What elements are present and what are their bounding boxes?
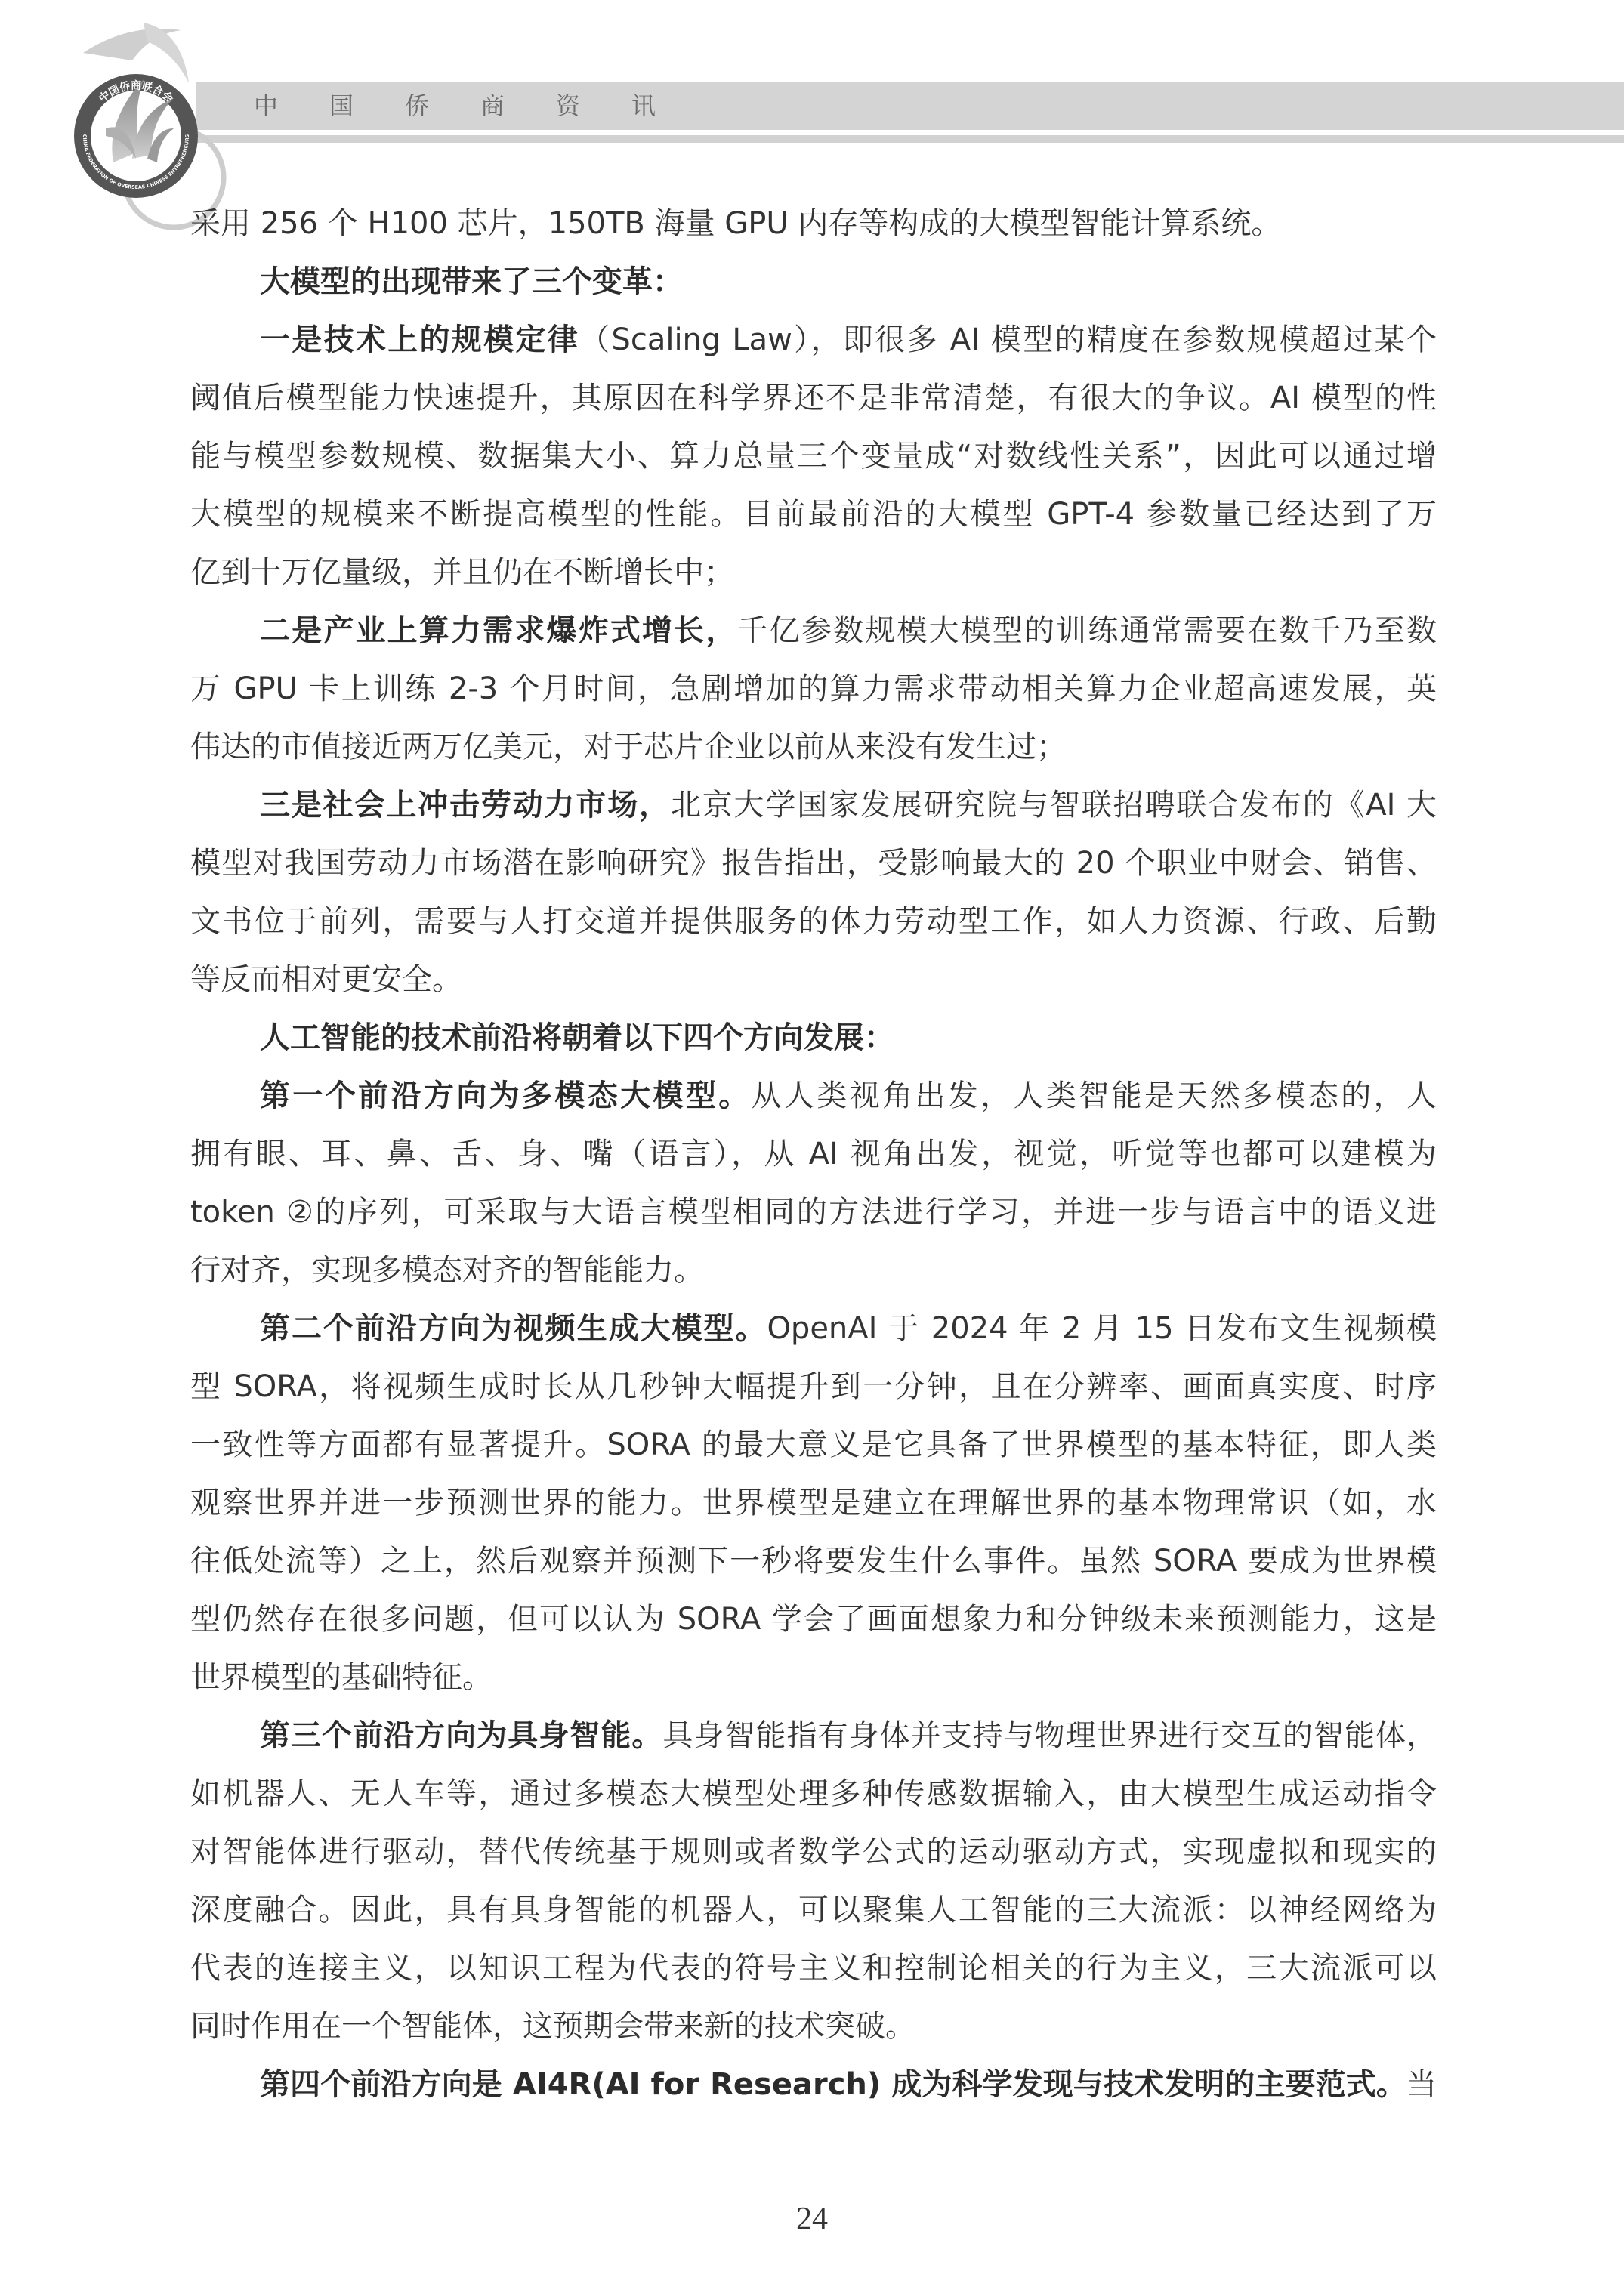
line-text: 深度融合。因此，具有具身智能的机器人，可以聚集人工智能的三大流派：以神经网络为 xyxy=(190,1893,1437,1927)
line-text: 如机器人、无人车等，通过多模态大模型处理多种传感数据输入，由大模型生成运动指令 xyxy=(190,1776,1437,1811)
text-line: 大模型的出现带来了三个变革： xyxy=(190,261,1437,319)
text-line: 行对齐，实现多模态对齐的智能能力。 xyxy=(190,1249,1437,1307)
text-line: 能与模型参数规模、数据集大小、算力总量三个变量成“对数线性关系”，因此可以通过增 xyxy=(190,435,1437,493)
page-number: 24 xyxy=(0,2201,1624,2237)
line-text: 等反而相对更安全。 xyxy=(190,962,462,997)
line-text: 拥有眼、耳、鼻、舌、身、嘴（语言），从 AI 视角出发，视觉，听觉等也都可以建模… xyxy=(190,1137,1437,1171)
text-line: token ②的序列，可采取与大语言模型相同的方法进行学习，并进一步与语言中的语… xyxy=(190,1191,1437,1249)
bold-lead: 第一个前沿方向为多模态大模型。 xyxy=(260,1079,752,1113)
line-text: 大模型的规模来不断提高模型的性能。目前最前沿的大模型 GPT-4 参数量已经达到… xyxy=(190,497,1437,532)
text-line: 大模型的规模来不断提高模型的性能。目前最前沿的大模型 GPT-4 参数量已经达到… xyxy=(190,493,1437,551)
line-text: 从人类视角出发，人类智能是天然多模态的，人 xyxy=(752,1079,1437,1113)
line-text: OpenAI 于 2024 年 2 月 15 日发布文生视频模 xyxy=(767,1311,1437,1346)
text-line: 伟达的市值接近两万亿美元，对于芯片企业以前从来没有发生过； xyxy=(190,726,1437,784)
line-text: 型仍然存在很多问题，但可以认为 SORA 学会了画面想象力和分钟级未来预测能力，… xyxy=(190,1602,1437,1637)
text-line: 一是技术上的规模定律（Scaling Law），即很多 AI 模型的精度在参数规… xyxy=(190,319,1437,377)
text-line: 深度融合。因此，具有具身智能的机器人，可以聚集人工智能的三大流派：以神经网络为 xyxy=(190,1889,1437,1947)
text-line: 文书位于前列，需要与人打交道并提供服务的体力劳动型工作，如人力资源、行政、后勤 xyxy=(190,900,1437,958)
title-char: 中 xyxy=(254,88,329,124)
line-text: 具身智能指有身体并支持与物理世界进行交互的智能体， xyxy=(662,1718,1437,1753)
bold-lead: 三是社会上冲击劳动力市场， xyxy=(260,788,671,822)
line-text: 一致性等方面都有显著提升。SORA 的最大意义是它具备了世界模型的基本特征，即人… xyxy=(190,1427,1437,1462)
text-line: 万 GPU 卡上训练 2-3 个月时间，急剧增加的算力需求带动相关算力企业超高速… xyxy=(190,668,1437,726)
text-line: 采用 256 个 H100 芯片，150TB 海量 GPU 内存等构成的大模型智… xyxy=(190,202,1437,261)
text-line: 对智能体进行驱动，替代传统基于规则或者数学公式的运动驱动方式，实现虚拟和现实的 xyxy=(190,1831,1437,1889)
text-line: 型仍然存在很多问题，但可以认为 SORA 学会了画面想象力和分钟级未来预测能力，… xyxy=(190,1598,1437,1656)
text-line: 二是产业上算力需求爆炸式增长，千亿参数规模大模型的训练通常需要在数千乃至数 xyxy=(190,610,1437,668)
line-text: 采用 256 个 H100 芯片，150TB 海量 GPU 内存等构成的大模型智… xyxy=(190,206,1281,241)
bold-lead: 第三个前沿方向为具身智能。 xyxy=(260,1718,662,1753)
line-text: 伟达的市值接近两万亿美元，对于芯片企业以前从来没有发生过； xyxy=(190,730,1067,764)
line-text: 北京大学国家发展研究院与智联招聘联合发布的《AI 大 xyxy=(671,788,1437,822)
text-line: 人工智能的技术前沿将朝着以下四个方向发展： xyxy=(190,1017,1437,1075)
header-thin-band xyxy=(196,135,1624,143)
line-text: 代表的连接主义，以知识工程为代表的符号主义和控制论相关的行为主义，三大流派可以 xyxy=(190,1951,1437,1986)
line-text: 世界模型的基础特征。 xyxy=(190,1660,492,1695)
bold-lead: 二是产业上算力需求爆炸式增长， xyxy=(260,613,738,648)
title-char: 讯 xyxy=(631,88,707,124)
text-line: 拥有眼、耳、鼻、舌、身、嘴（语言），从 AI 视角出发，视觉，听觉等也都可以建模… xyxy=(190,1133,1437,1191)
line-text: 模型对我国劳动力市场潜在影响研究》报告指出，受影响最大的 20 个职业中财会、销… xyxy=(190,846,1437,881)
line-text: 观察世界并进一步预测世界的能力。世界模型是建立在理解世界的基本物理常识（如，水 xyxy=(190,1486,1437,1520)
text-line: 往低处流等）之上，然后观察并预测下一秒将要发生什么事件。虽然 SORA 要成为世… xyxy=(190,1540,1437,1598)
line-text: token ②的序列，可采取与大语言模型相同的方法进行学习，并进一步与语言中的语… xyxy=(190,1195,1437,1230)
text-line: 模型对我国劳动力市场潜在影响研究》报告指出，受影响最大的 20 个职业中财会、销… xyxy=(190,842,1437,900)
text-line: 等反而相对更安全。 xyxy=(190,958,1437,1017)
bold-lead: 一是技术上的规模定律 xyxy=(260,323,579,357)
text-line: 第三个前沿方向为具身智能。具身智能指有身体并支持与物理世界进行交互的智能体， xyxy=(190,1714,1437,1773)
bold-lead: 人工智能的技术前沿将朝着以下四个方向发展： xyxy=(260,1020,894,1055)
text-line: 第一个前沿方向为多模态大模型。从人类视角出发，人类智能是天然多模态的，人 xyxy=(190,1075,1437,1133)
line-text: 同时作用在一个智能体，这预期会带来新的技术突破。 xyxy=(190,2009,915,2044)
text-line: 代表的连接主义，以知识工程为代表的符号主义和控制论相关的行为主义，三大流派可以 xyxy=(190,1947,1437,2005)
line-text: 阈值后模型能力快速提升，其原因在科学界还不是非常清楚，有很大的争议。AI 模型的… xyxy=(190,381,1437,415)
bold-lead: 大模型的出现带来了三个变革： xyxy=(260,264,683,299)
line-text: 型 SORA，将视频生成时长从几秒钟大幅提升到一分钟，且在分辨率、画面真实度、时… xyxy=(190,1369,1437,1404)
text-line: 型 SORA，将视频生成时长从几秒钟大幅提升到一分钟，且在分辨率、画面真实度、时… xyxy=(190,1366,1437,1424)
line-text: 行对齐，实现多模态对齐的智能能力。 xyxy=(190,1253,704,1288)
article-body: 采用 256 个 H100 芯片，150TB 海量 GPU 内存等构成的大模型智… xyxy=(190,202,1437,2122)
text-line: 同时作用在一个智能体，这预期会带来新的技术突破。 xyxy=(190,2005,1437,2063)
title-char: 国 xyxy=(329,88,405,124)
line-text: 能与模型参数规模、数据集大小、算力总量三个变量成“对数线性关系”，因此可以通过增 xyxy=(190,439,1437,474)
text-line: 世界模型的基础特征。 xyxy=(190,1656,1437,1714)
line-text: 亿到十万亿量级，并且仍在不断增长中； xyxy=(190,555,734,590)
line-text: 当 xyxy=(1406,2067,1437,2102)
line-text: 文书位于前列，需要与人打交道并提供服务的体力劳动型工作，如人力资源、行政、后勤 xyxy=(190,904,1437,939)
line-text: （Scaling Law），即很多 AI 模型的精度在参数规模超过某个 xyxy=(579,323,1437,357)
text-line: 三是社会上冲击劳动力市场，北京大学国家发展研究院与智联招聘联合发布的《AI 大 xyxy=(190,784,1437,842)
text-line: 第二个前沿方向为视频生成大模型。OpenAI 于 2024 年 2 月 15 日… xyxy=(190,1307,1437,1366)
bold-lead: 第四个前沿方向是 AI4R(AI for Research) 成为科学发现与技术… xyxy=(260,2067,1406,2102)
text-line: 亿到十万亿量级，并且仍在不断增长中； xyxy=(190,551,1437,610)
title-char: 侨 xyxy=(405,88,480,124)
text-line: 观察世界并进一步预测世界的能力。世界模型是建立在理解世界的基本物理常识（如，水 xyxy=(190,1482,1437,1540)
text-line: 如机器人、无人车等，通过多模态大模型处理多种传感数据输入，由大模型生成运动指令 xyxy=(190,1773,1437,1831)
publication-title: 中 国 侨 商 资 讯 xyxy=(254,88,707,124)
title-char: 商 xyxy=(480,88,556,124)
text-line: 一致性等方面都有显著提升。SORA 的最大意义是它具备了世界模型的基本特征，即人… xyxy=(190,1424,1437,1482)
line-text: 往低处流等）之上，然后观察并预测下一秒将要发生什么事件。虽然 SORA 要成为世… xyxy=(190,1544,1437,1579)
line-text: 对智能体进行驱动，替代传统基于规则或者数学公式的运动驱动方式，实现虚拟和现实的 xyxy=(190,1835,1437,1869)
text-line: 阈值后模型能力快速提升，其原因在科学界还不是非常清楚，有很大的争议。AI 模型的… xyxy=(190,377,1437,435)
title-char: 资 xyxy=(556,88,631,124)
text-line: 第四个前沿方向是 AI4R(AI for Research) 成为科学发现与技术… xyxy=(190,2063,1437,2122)
line-text: 千亿参数规模大模型的训练通常需要在数千乃至数 xyxy=(738,613,1437,648)
bold-lead: 第二个前沿方向为视频生成大模型。 xyxy=(260,1311,767,1346)
line-text: 万 GPU 卡上训练 2-3 个月时间，急剧增加的算力需求带动相关算力企业超高速… xyxy=(190,671,1437,706)
